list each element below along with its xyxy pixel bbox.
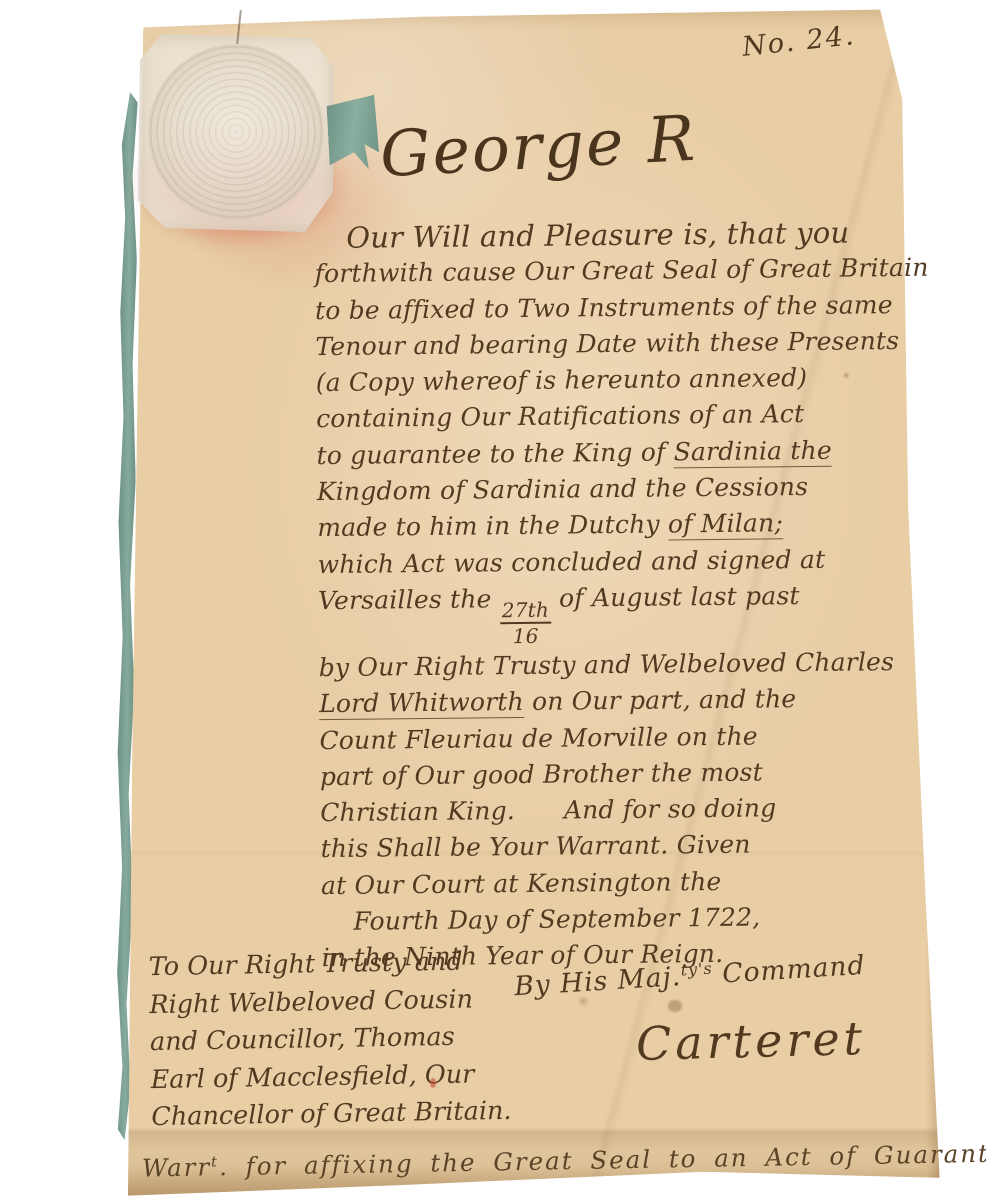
manuscript-line: part of Our good Brother the most [320,753,916,796]
red-mark [430,1078,436,1088]
manuscript-line: by Our Right Trusty and Welbeloved Charl… [319,644,915,687]
manuscript-line: Versailles the 27th16 of August last pas… [318,577,915,650]
manuscript-line: to be affixed to Two Instruments of the … [315,286,911,329]
manuscript-line: Tenour and bearing Date with these Prese… [315,323,911,366]
manuscript-photo: No. 24. George R Our Will and Pleasure i… [0,0,986,1200]
manuscript-line: Our Will and Pleasure is, that you [314,214,910,257]
manuscript-line: this Shall be Your Warrant. Given [320,825,916,868]
address-line: Right Welbeloved Cousin [149,980,510,1024]
address-block: To Our Right Trusty andRight Welbeloved … [148,943,511,1137]
manuscript-line: which Act was concluded and signed at [317,541,913,584]
address-line: Chancellor of Great Britain. [151,1093,512,1137]
address-line: Earl of Macclesfield, Our [150,1055,511,1099]
manuscript-line: made to him in the Dutchy of Milan; [317,504,913,547]
address-line: To Our Right Trusty and [148,943,509,987]
carteret-signature: Carteret [635,1011,866,1071]
warrant-body-text: Our Will and Pleasure is, that youforthw… [314,214,918,977]
dual-date-fraction: 27th16 [500,600,552,647]
manuscript-line: forthwith cause Our Great Seal of Great … [314,250,910,293]
paper-wafer-seal-icon [138,34,334,232]
embossed-seal-rings-icon [148,44,324,220]
manuscript-line: Lord Whitworth on Our part, and the [319,680,915,723]
manuscript-line: Count Fleuriau de Morville on the [319,716,915,759]
manuscript-line: to guarantee to the King of Sardinia the [316,432,912,475]
manuscript-line: Fourth Day of September 1722, [321,898,917,941]
manuscript-line: containing Our Ratifications of an Act [316,395,912,438]
manuscript-line: Kingdom of Sardinia and the Cessions [317,468,913,511]
manuscript-line: at Our Court at Kensington the [321,862,917,905]
address-line: and Councillor, Thomas [150,1018,511,1062]
ink-stain [668,1000,682,1012]
manuscript-line: (a Copy whereof is hereunto annexed) [316,359,912,402]
manuscript-line: Christian King. And for so doing [320,789,916,832]
